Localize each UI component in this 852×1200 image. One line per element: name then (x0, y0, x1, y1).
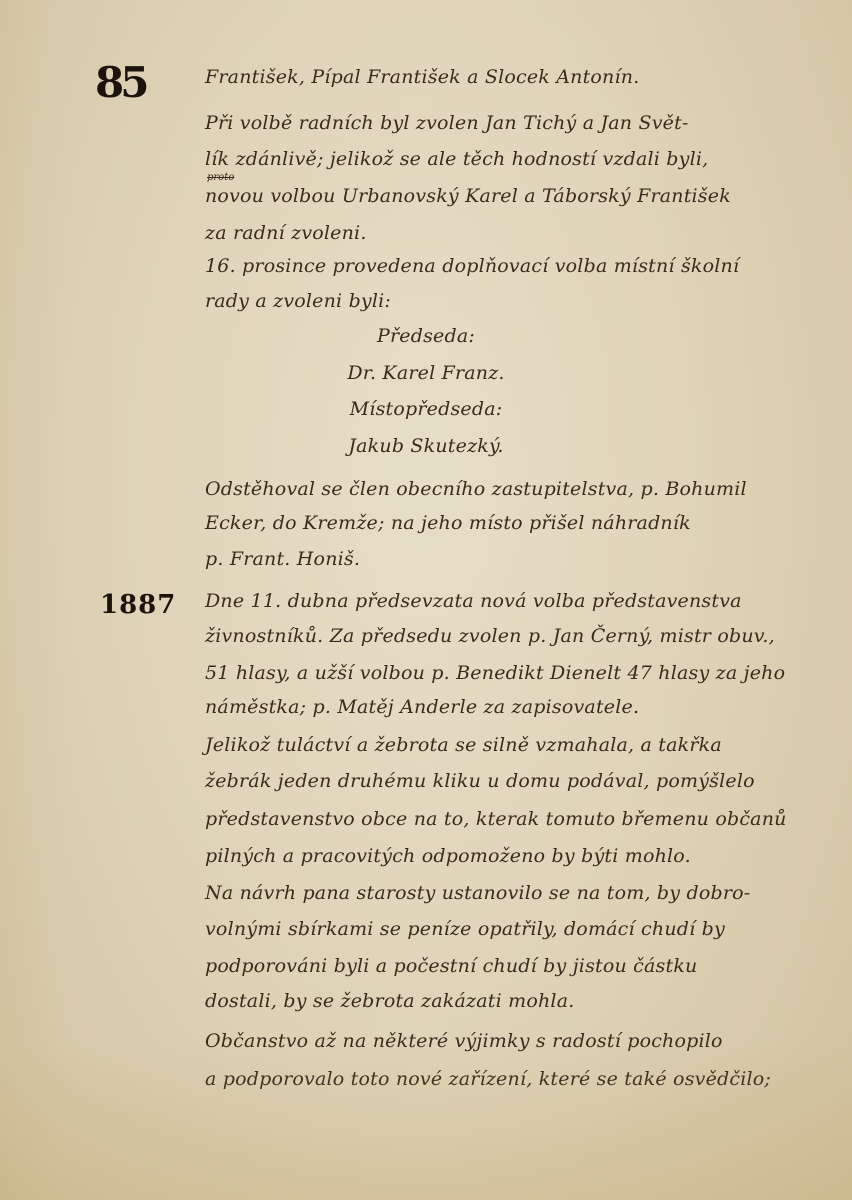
manuscript-page: 85 1887 proto František, Pípal František… (0, 0, 852, 1200)
text-line: Jelikož tuláctví a žebrota se silně vzma… (205, 734, 722, 756)
text-line: 51 hlasy, a užší volbou p. Benedikt Dien… (205, 662, 785, 684)
text-line: 16. prosince provedena doplňovací volba … (205, 255, 739, 277)
heading-vice-chairman: Místopředseda: (0, 398, 852, 420)
interlinear-note: proto (207, 172, 234, 183)
text-line: Na návrh pana starosty ustanovilo se na … (205, 882, 750, 904)
text-line: novou volbou Urbanovský Karel a Táborský… (205, 185, 731, 207)
text-line: volnými sbírkami se peníze opatřily, dom… (205, 918, 725, 940)
text-line: dostali, by se žebrota zakázati mohla. (205, 990, 574, 1012)
text-line: a podporovalo toto nové zařízení, které … (205, 1068, 771, 1090)
text-line: pilných a pracovitých odpomoženo by býti… (205, 845, 691, 867)
text-line: podporováni byli a počestní chudí by jis… (205, 955, 698, 977)
text-line: p. Frant. Honiš. (205, 548, 360, 570)
text-line: náměstka; p. Matěj Anderle za zapisovate… (205, 696, 639, 718)
text-line: lík zdánlivě; jelikož se ale těch hodnos… (205, 148, 708, 170)
year-marker: 1887 (100, 590, 176, 620)
text-line: živnostníků. Za předsedu zvolen p. Jan Č… (205, 625, 775, 647)
text-line: Ecker, do Kremže; na jeho místo přišel n… (205, 512, 691, 534)
text-line: za radní zvoleni. (205, 222, 367, 244)
text-line: Dne 11. dubna předsevzata nová volba pře… (205, 590, 742, 612)
heading-chairman: Předseda: (0, 325, 852, 347)
text-line: Odstěhoval se člen obecního zastupitelst… (205, 478, 747, 500)
name-vice-chairman: Jakub Skutezký. (0, 435, 852, 457)
name-chairman: Dr. Karel Franz. (0, 362, 852, 384)
text-line: František, Pípal František a Slocek Anto… (205, 66, 639, 88)
text-line: představenstvo obce na to, kterak tomuto… (205, 808, 787, 830)
text-line: rady a zvoleni byli: (205, 290, 391, 312)
text-line: Občanstvo až na některé výjimky s radost… (205, 1030, 723, 1052)
text-line: Při volbě radních byl zvolen Jan Tichý a… (205, 112, 689, 134)
page-number: 85 (95, 58, 145, 107)
text-line: žebrák jeden druhému kliku u domu podáva… (205, 770, 755, 792)
